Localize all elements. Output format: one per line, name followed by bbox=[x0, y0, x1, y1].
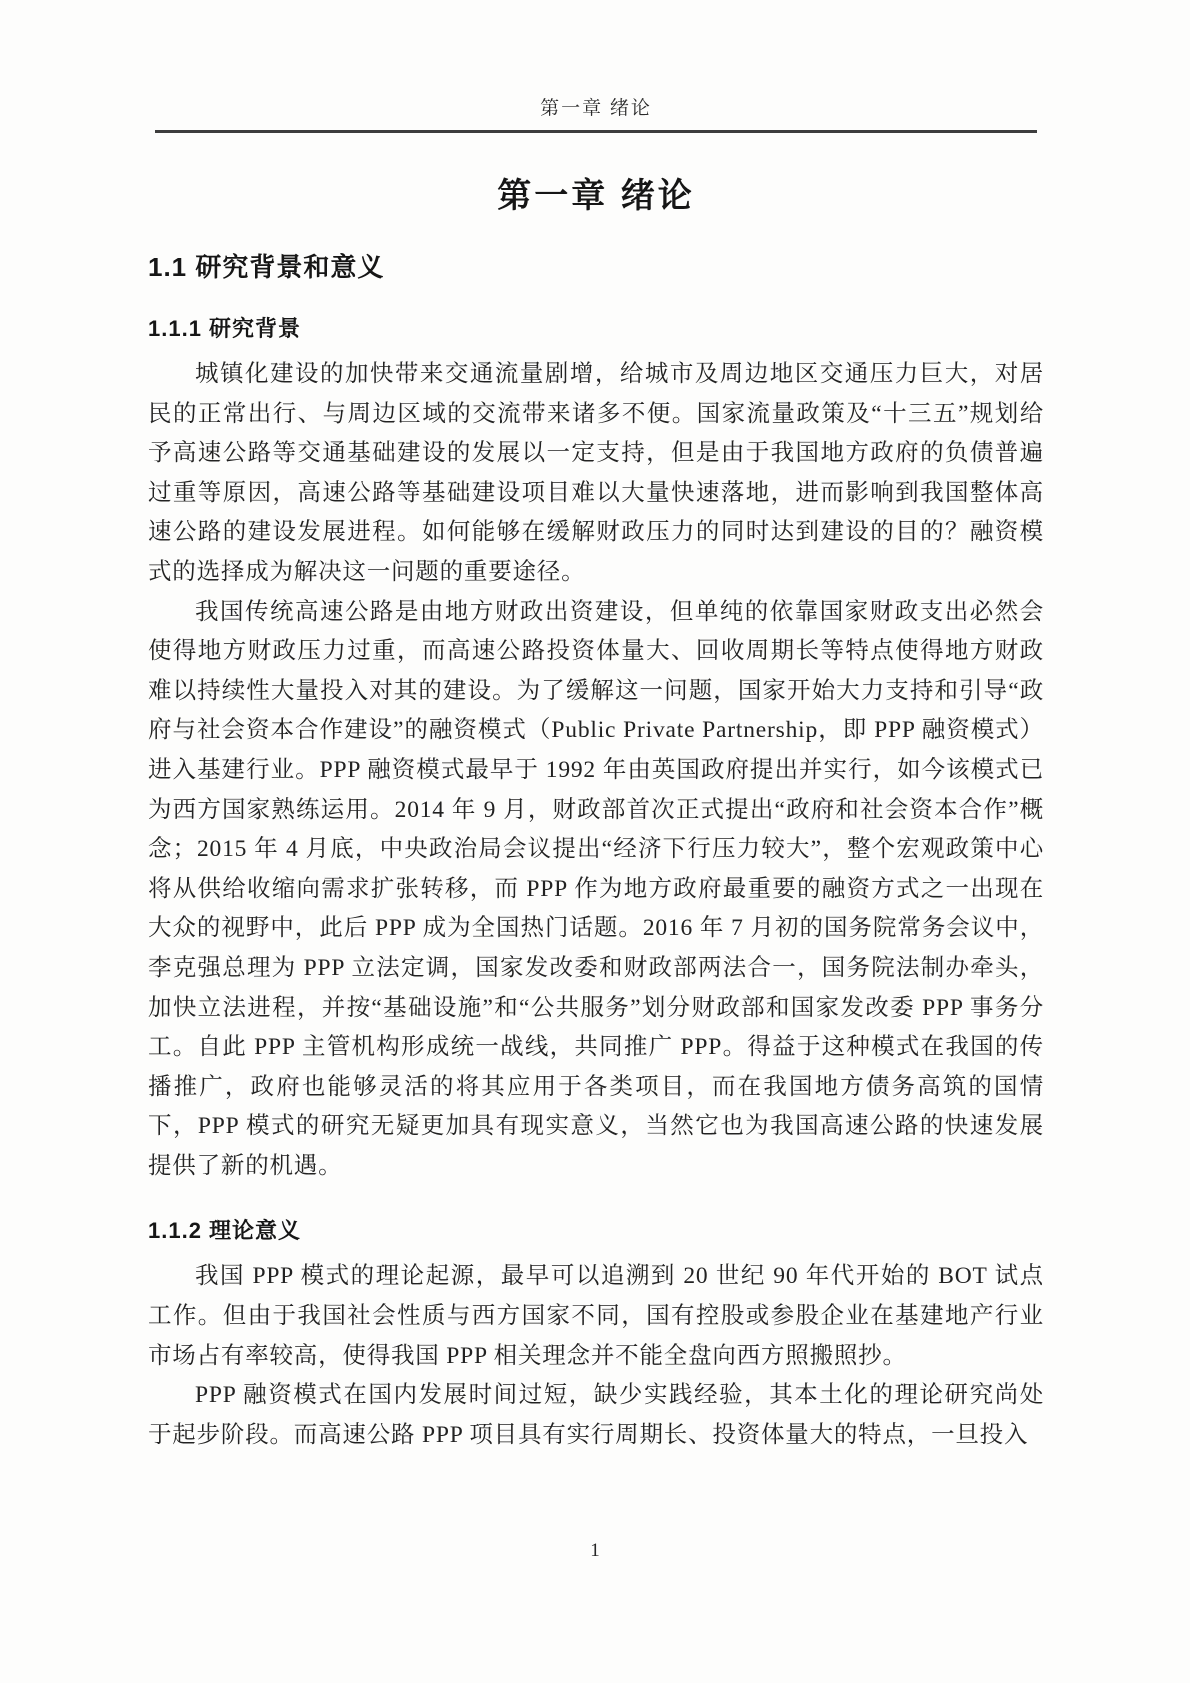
running-header-title: 第一章 绪论 bbox=[155, 93, 1037, 120]
paragraph-research-background-2: 我国传统高速公路是由地方财政出资建设，但单纯的依靠国家财政支出必然会使得地方财政… bbox=[148, 593, 1044, 1187]
chapter-title: 第一章 绪论 bbox=[148, 152, 1044, 217]
header-rule-divider bbox=[155, 130, 1037, 133]
page-number: 1 bbox=[0, 1540, 1190, 1562]
subsection-heading-1-1-2: 1.1.2 理论意义 bbox=[148, 1186, 1044, 1257]
subsection-heading-1-1-1: 1.1.1 研究背景 bbox=[148, 284, 1044, 355]
paragraph-theoretical-significance-2: PPP 融资模式在国内发展时间过短，缺少实践经验，其本土化的理论研究尚处于起步阶… bbox=[148, 1376, 1044, 1455]
document-page: 第一章 绪论 第一章 绪论 1.1 研究背景和意义 1.1.1 研究背景 城镇化… bbox=[0, 0, 1190, 1683]
paragraph-theoretical-significance-1: 我国 PPP 模式的理论起源，最早可以追溯到 20 世纪 90 年代开始的 BO… bbox=[148, 1257, 1044, 1376]
section-heading-1-1: 1.1 研究背景和意义 bbox=[148, 217, 1044, 284]
paragraph-research-background-1: 城镇化建设的加快带来交通流量剧增，给城市及周边地区交通压力巨大，对居民的正常出行… bbox=[148, 355, 1044, 593]
page-content: 第一章 绪论 1.1 研究背景和意义 1.1.1 研究背景 城镇化建设的加快带来… bbox=[148, 152, 1044, 1455]
